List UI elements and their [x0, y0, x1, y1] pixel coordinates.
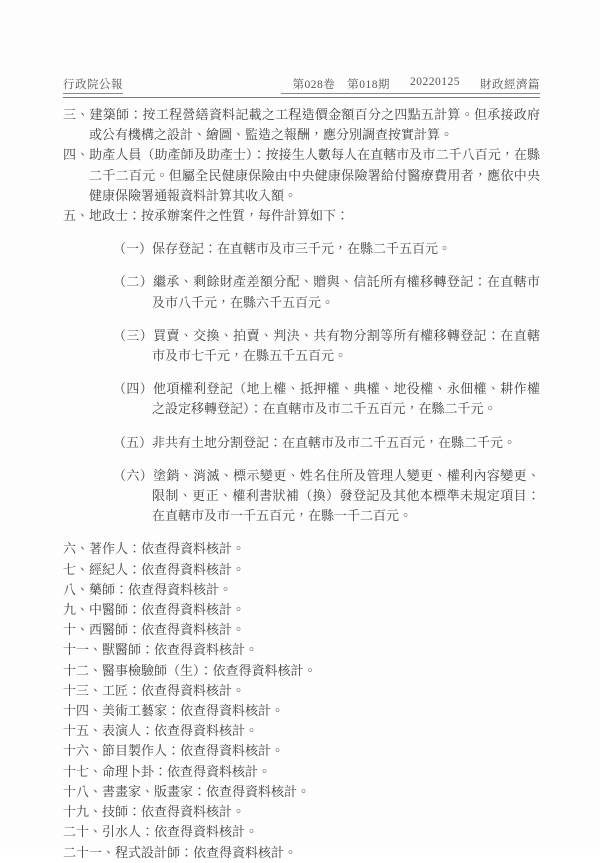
item-text: 經紀人：依查得資料核計。: [89, 562, 245, 577]
list-item: 十一、獸醫師：依查得資料核計。: [63, 640, 540, 660]
item-text: 建築師：按工程營繕資料記載之工程造價金額百分之四點五計算。但承接政府或公有機構之…: [89, 107, 540, 142]
sub-list-item: （二）繼承、剩餘財產差額分配、贈與、信託所有權移轉登記：在直轄市及市八千元，在縣…: [113, 272, 540, 312]
list-item: 七、經紀人：依查得資料核計。: [63, 560, 540, 580]
subitem-text: 非共有土地分割登記：在直轄市及市二千五百元，在縣二千元。: [152, 435, 516, 450]
item-text: 程式設計師：依查得資料核計。: [115, 845, 297, 860]
list-item: 十六、節目製作人：依查得資料核計。: [63, 741, 540, 761]
subitem-marker: （一）: [113, 241, 152, 256]
volume-label: 第028卷: [293, 76, 336, 92]
sub-list-item: （一）保存登記：在直轄市及市三千元，在縣二千五百元。: [113, 239, 540, 259]
item-marker: 十六、: [63, 743, 102, 758]
list-item: 十八、書畫家、版畫家：依查得資料核計。: [63, 782, 540, 802]
item-marker: 九、: [63, 602, 89, 617]
list-item: 十、西醫師：依查得資料核計。: [63, 620, 540, 640]
document-body: 三、建築師：按工程營繕資料記載之工程造價金額百分之四點五計算。但承接政府或公有機…: [63, 105, 540, 863]
list-item: 二十、引水人：依查得資料核計。: [63, 822, 540, 842]
sub-list-item: （四）他項權利登記（地上權、抵押權、典權、地役權、永佃權、耕作權之設定移轉登記）…: [113, 379, 540, 419]
item-text: 表演人：依查得資料核計。: [102, 723, 258, 738]
gazette-page: 行政院公報 第028卷 第018期 20220125 財政經濟篇 三、建築師：按…: [0, 0, 600, 849]
item-marker: 十一、: [63, 642, 102, 657]
item-text: 助產人員（助產師及助產士）：按接生人數每人在直轄市及市二千八百元，在縣二千二百元…: [89, 147, 540, 202]
item-marker: 三、: [63, 107, 90, 122]
item-text: 中醫師：依查得資料核計。: [89, 602, 245, 617]
subitem-marker: （四）: [113, 381, 153, 396]
subitem-marker: （五）: [113, 435, 152, 450]
item-marker: 五、: [63, 208, 89, 223]
item-text: 節目製作人：依查得資料核計。: [102, 743, 284, 758]
item-text: 著作人：依查得資料核計。: [89, 541, 245, 556]
sub-list-item: （三）買賣、交換、拍賣、判決、共有物分割等所有權移轉登記：在直轄市及市七千元，在…: [113, 326, 540, 366]
subitem-text: 繼承、剩餘財產差額分配、贈與、信託所有權移轉登記：在直轄市及市八千元，在縣六千五…: [152, 274, 540, 309]
list-item: 三、建築師：按工程營繕資料記載之工程造價金額百分之四點五計算。但承接政府或公有機…: [63, 105, 540, 145]
item-marker: 十三、: [63, 683, 102, 698]
item-text: 工匠：依查得資料核計。: [102, 683, 245, 698]
header-meta: 第028卷 第018期 20220125 財政經濟篇: [281, 76, 541, 94]
item-marker: 二十一、: [63, 845, 115, 860]
item-text: 書畫家、版畫家：依查得資料核計。: [102, 784, 310, 799]
subitem-marker: （二）: [113, 274, 153, 289]
item-marker: 十七、: [63, 764, 102, 779]
list-item: 十九、技師：依查得資料核計。: [63, 802, 540, 822]
list-item: 五、地政士：按承辦案件之性質，每件計算如下：: [63, 206, 540, 226]
list-item: 十七、命理卜卦：依查得資料核計。: [63, 762, 540, 782]
item-text: 獸醫師：依查得資料核計。: [102, 642, 258, 657]
list-item: 二十一、程式設計師：依查得資料核計。: [63, 843, 540, 863]
publication-title: 行政院公報: [63, 76, 123, 94]
item-marker: 十二、: [63, 663, 102, 678]
item-text: 地政士：按承辦案件之性質，每件計算如下：: [89, 208, 349, 223]
item-marker: 十、: [63, 622, 89, 637]
sub-list-item: （六）塗銷、消滅、標示變更、姓名住所及管理人變更、權利內容變更、限制、更正、權利…: [113, 466, 540, 527]
subitem-marker: （三）: [113, 328, 153, 343]
item-marker: 二十、: [63, 824, 102, 839]
page-header: 行政院公報 第028卷 第018期 20220125 財政經濟篇: [63, 76, 540, 98]
list-item: 六、著作人：依查得資料核計。: [63, 539, 540, 559]
item-text: 引水人：依查得資料核計。: [102, 824, 258, 839]
list-item: 四、助產人員（助產師及助產士）：按接生人數每人在直轄市及市二千八百元，在縣二千二…: [63, 145, 540, 206]
issue-label: 第018期: [347, 76, 390, 92]
item-marker: 十九、: [63, 804, 102, 819]
sub-list-item: （五）非共有土地分割登記：在直轄市及市二千五百元，在縣二千元。: [113, 433, 540, 453]
list-item: 九、中醫師：依查得資料核計。: [63, 600, 540, 620]
list-item: 十五、表演人：依查得資料核計。: [63, 721, 540, 741]
item-text: 藥師：依查得資料核計。: [89, 582, 232, 597]
item-marker: 十五、: [63, 723, 102, 738]
section-label: 財政經濟篇: [480, 76, 540, 92]
subitem-text: 買賣、交換、拍賣、判決、共有物分割等所有權移轉登記：在直轄市及市七千元，在縣五千…: [152, 328, 540, 363]
list-item: 八、藥師：依查得資料核計。: [63, 580, 540, 600]
item-marker: 八、: [63, 582, 89, 597]
item-text: 命理卜卦：依查得資料核計。: [102, 764, 271, 779]
subitem-marker: （六）: [113, 468, 153, 483]
subitem-text: 保存登記：在直轄市及市三千元，在縣二千五百元。: [152, 241, 451, 256]
item-text: 美術工藝家：依查得資料核計。: [102, 703, 284, 718]
subitem-text: 塗銷、消滅、標示變更、姓名住所及管理人變更、權利內容變更、限制、更正、權利書狀補…: [152, 468, 540, 523]
item-text: 技師：依查得資料核計。: [102, 804, 245, 819]
item-text: 西醫師：依查得資料核計。: [89, 622, 245, 637]
item-marker: 四、: [63, 147, 89, 162]
item-marker: 七、: [63, 562, 89, 577]
item-marker: 六、: [63, 541, 89, 556]
item-text: 醫事檢驗師（生）：依查得資料核計。: [102, 663, 317, 678]
subitem-text: 他項權利登記（地上權、抵押權、典權、地役權、永佃權、耕作權之設定移轉登記）：在直…: [152, 381, 540, 416]
list-item: 十三、工匠：依查得資料核計。: [63, 681, 540, 701]
item-marker: 十四、: [63, 703, 102, 718]
list-item: 十二、醫事檢驗師（生）：依查得資料核計。: [63, 661, 540, 681]
item-marker: 十八、: [63, 784, 102, 799]
date-label: 20220125: [410, 76, 460, 92]
list-item: 十四、美術工藝家：依查得資料核計。: [63, 701, 540, 721]
